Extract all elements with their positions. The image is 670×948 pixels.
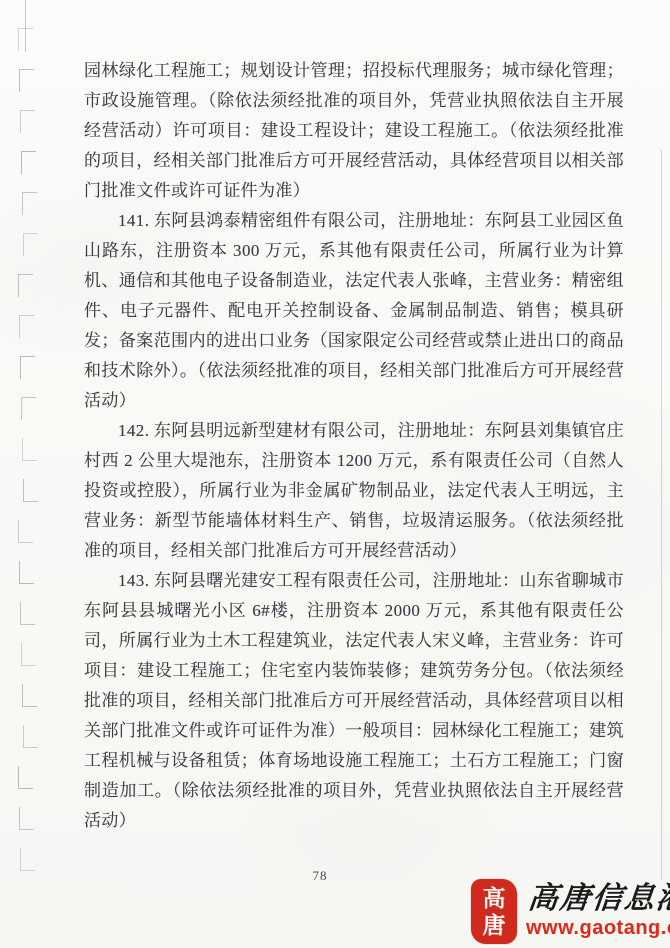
binding-hole-mark: [22, 192, 37, 215]
gaotang-watermark: 高 唐 高唐信息港 www.gaotang.cc: [471, 879, 670, 944]
document-text-block: 园林绿化工程施工；规划设计管理；招投标代理服务；城市绿化管理；市政设施管理。（除…: [84, 56, 624, 836]
paragraph-company-143: 143. 东阿县曙光建安工程有限责任公司，注册地址：山东省聊城市东阿县县城曙光小…: [84, 566, 624, 836]
seal-char-top: 高: [483, 885, 506, 912]
binding-hole-mark: [22, 684, 37, 707]
binding-holes-column: [0, 0, 60, 948]
page-edge-shadow-line: [661, 150, 662, 880]
binding-hole-mark: [18, 520, 33, 543]
watermark-brand-text: 高唐信息港: [526, 879, 670, 919]
binding-hole-mark: [23, 725, 38, 748]
page-number: 78: [290, 868, 350, 884]
binding-hole-mark: [23, 479, 38, 502]
watermark-url-text: www.gaotang.cc: [526, 917, 670, 939]
binding-hole-mark: [19, 807, 34, 830]
paragraph-company-142: 142. 东阿县明远新型建材有限公司，注册地址：东阿县刘集镇官庄村西 2 公里大…: [84, 416, 624, 566]
binding-hole-mark: [19, 69, 34, 92]
binding-hole-mark: [21, 397, 36, 420]
binding-hole-mark: [22, 438, 37, 461]
binding-hole-mark: [19, 315, 34, 338]
gaotang-seal-icon: 高 唐: [471, 879, 517, 944]
paragraph-company-141: 141. 东阿县鸿泰精密组件有限公司，注册地址：东阿县工业园区鱼山路东，注册资本…: [84, 206, 624, 416]
binding-hole-mark: [20, 602, 35, 625]
binding-hole-mark: [18, 766, 33, 789]
binding-hole-mark: [18, 28, 33, 51]
binding-hole-mark: [18, 274, 33, 297]
binding-hole-mark: [23, 233, 38, 256]
binding-hole-mark: [21, 643, 36, 666]
binding-hole-mark: [20, 848, 35, 871]
paragraph-business-scope-continuation: 园林绿化工程施工；规划设计管理；招投标代理服务；城市绿化管理；市政设施管理。（除…: [84, 56, 624, 206]
binding-hole-mark: [20, 110, 35, 133]
binding-hole-mark: [19, 561, 34, 584]
seal-char-bottom: 唐: [483, 912, 506, 939]
binding-hole-mark: [21, 151, 36, 174]
scanned-document-page: 园林绿化工程施工；规划设计管理；招投标代理服务；城市绿化管理；市政设施管理。（除…: [0, 0, 670, 948]
watermark-text-group: 高唐信息港 www.gaotang.cc: [526, 879, 670, 939]
binding-hole-mark: [20, 356, 35, 379]
